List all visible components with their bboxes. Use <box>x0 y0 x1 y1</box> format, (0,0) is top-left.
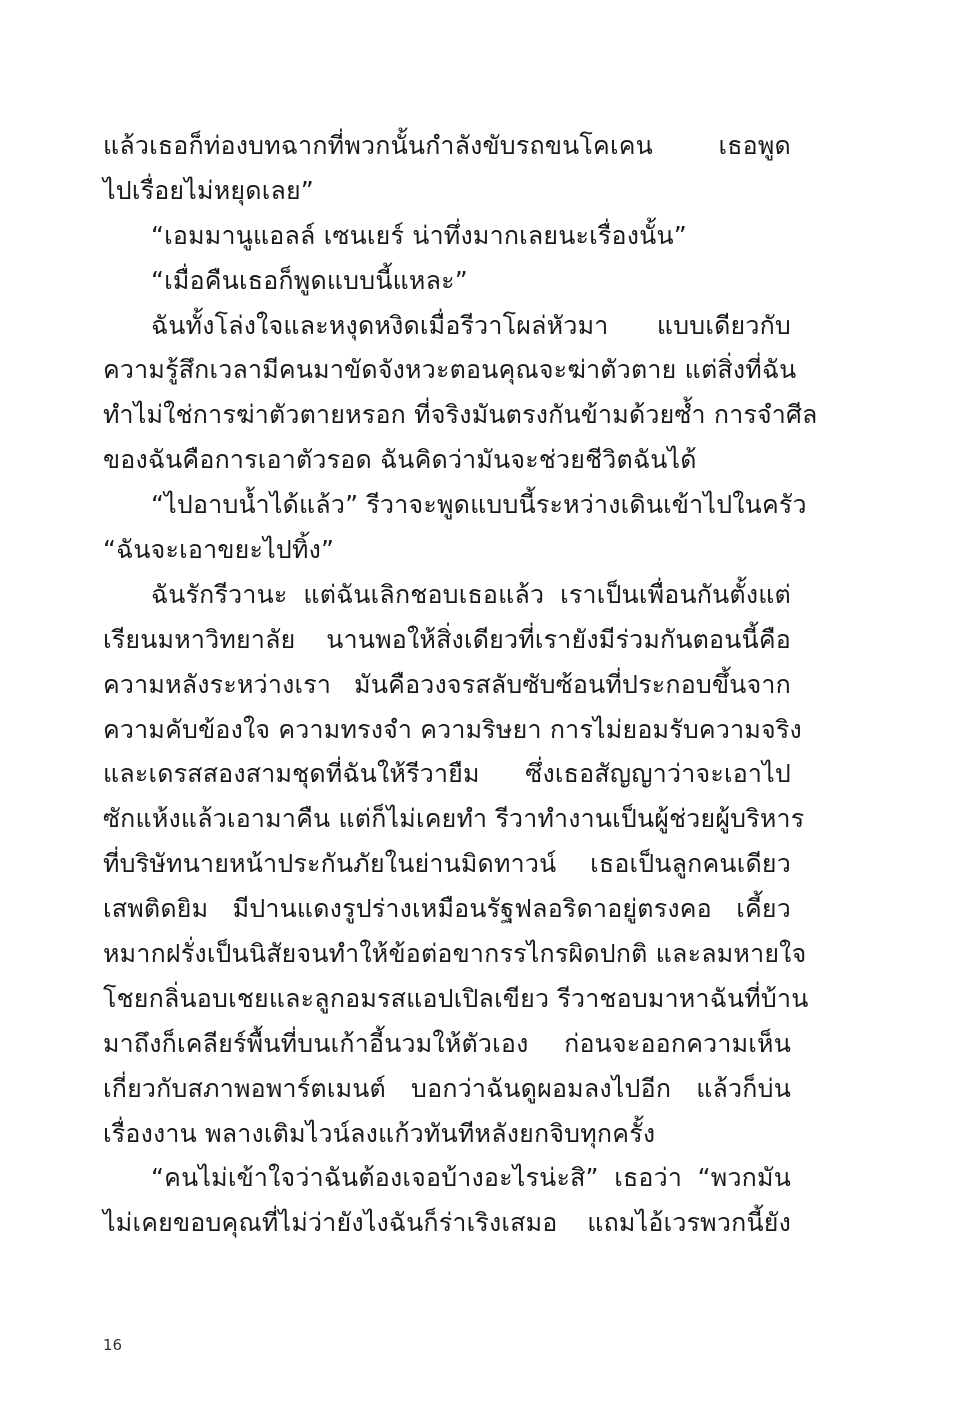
text-line: “ฉันจะเอาขยะไปทิ้ง” <box>103 528 791 573</box>
text-line: ที่บริษัทนายหน้าประกันภัยในย่านมิดทาวน์ … <box>103 842 791 887</box>
text-line: เรียนมหาวิทยาลัย นานพอให้สิ่งเดียวที่เรา… <box>103 618 791 663</box>
dialogue-line: “ไปอาบน้ำได้แล้ว” รีวาจะพูดแบบนี้ระหว่าง… <box>103 483 791 528</box>
text-line: ไม่เคยขอบคุณที่ไม่ว่ายังไงฉันก็ร่าเริงเส… <box>103 1201 791 1246</box>
text-line: ความหลังระหว่างเรา มันคือวงจรสลับซับซ้อน… <box>103 663 791 708</box>
text-line: หมากฝรั่งเป็นนิสัยจนทำให้ข้อต่อขากรรไกรผ… <box>103 932 791 977</box>
text-line: ความคับข้องใจ ความทรงจำ ความริษยา การไม่… <box>103 708 791 753</box>
text-line: เกี่ยวกับสภาพอพาร์ตเมนต์ บอกว่าฉันดูผอมล… <box>103 1067 791 1112</box>
text-line: เรื่องงาน พลางเติมไวน์ลงแก้วทันทีหลังยกจ… <box>103 1112 791 1157</box>
text-line: ความรู้สึกเวลามีคนมาขัดจังหวะตอนคุณจะฆ่า… <box>103 348 791 393</box>
paragraph-start-line: ฉันทั้งโล่งใจและหงุดหงิดเมื่อรีวาโผล่หัว… <box>103 304 791 349</box>
book-page-body: แล้วเธอก็ท่องบทฉากที่พวกนั้นกำลังขับรถขน… <box>103 124 791 1246</box>
text-line: ไปเรื่อยไม่หยุดเลย” <box>103 169 791 214</box>
text-line: และเดรสสองสามชุดที่ฉันให้รีวายืม ซึ่งเธอ… <box>103 752 791 797</box>
dialogue-line: “คนไม่เข้าใจว่าฉันต้องเจอบ้างอะไรน่ะสิ” … <box>103 1156 791 1201</box>
text-line: เสพติดยิม มีปานแดงรูปร่างเหมือนรัฐฟลอริด… <box>103 887 791 932</box>
text-line: ของฉันคือการเอาตัวรอด ฉันคิดว่ามันจะช่วย… <box>103 438 791 483</box>
text-line: ทำไม่ใช่การฆ่าตัวตายหรอก ที่จริงมันตรงกั… <box>103 393 791 438</box>
text-line: มาถึงก็เคลียร์พื้นที่บนเก้าอี้นวมให้ตัวเ… <box>103 1022 791 1067</box>
text-line: แล้วเธอก็ท่องบทฉากที่พวกนั้นกำลังขับรถขน… <box>103 124 791 169</box>
dialogue-line: “เอมมานูแอลล์ เซนเยร์ น่าทึ่งมากเลยนะเรื… <box>103 214 791 259</box>
paragraph-start-line: ฉันรักรีวานะ แต่ฉันเลิกชอบเธอแล้ว เราเป็… <box>103 573 791 618</box>
text-line: โชยกลิ่นอบเชยและลูกอมรสแอปเปิลเขียว รีวา… <box>103 977 791 1022</box>
page-number: 16 <box>103 1336 122 1354</box>
text-line: ซักแห้งแล้วเอามาคืน แต่ก็ไม่เคยทำ รีวาทำ… <box>103 797 791 842</box>
dialogue-line: “เมื่อคืนเธอก็พูดแบบนี้แหละ” <box>103 259 791 304</box>
